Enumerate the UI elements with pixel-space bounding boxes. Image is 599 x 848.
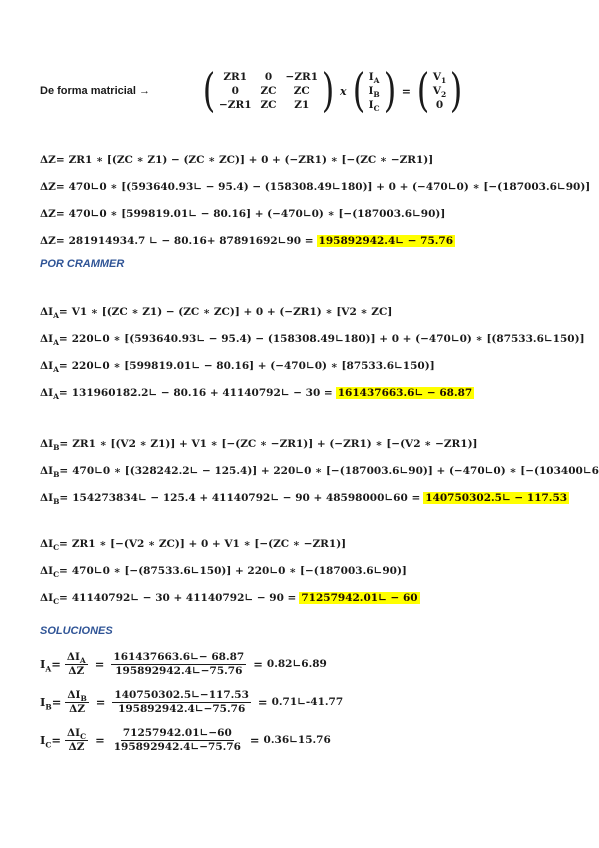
equation-line: ΔZ= ZR1 ∗ [(ZC ∗ Z1) − (ZC ∗ ZC)] + 0 + … (40, 146, 599, 173)
left-paren: ( (417, 71, 430, 110)
multiplication-sign: x (340, 85, 347, 98)
equation-lhs: ΔZ= (40, 235, 65, 247)
section-header-soluciones: SOLUCIONES (40, 621, 599, 641)
equation-body: 131960182.2∟ − 80.16 + 41140792∟ − 30 = (72, 387, 333, 399)
intro-label: De forma matricial → (40, 85, 150, 97)
solution-row-ia: IA= ΔIA ΔZ = 161437663.6∟− 68.87 1958929… (40, 645, 599, 683)
equation-line: ΔZ= 470∟0 ∗ [599819.01∟ − 80.16] + (−470… (40, 200, 599, 227)
solution-lhs: IB= (40, 695, 61, 709)
highlighted-result: 140750302.5∟ − 117.53 (423, 492, 569, 504)
solution-result: 0.71∟-41.77 (272, 696, 344, 708)
matrix-cell: Z1 (286, 98, 319, 112)
equation-body: 281914934.7 ∟ − 80.16+ 87891692∟90 = (69, 235, 314, 247)
vector-cell: V2 (433, 84, 446, 98)
equals-sign: = (402, 85, 411, 98)
equals-sign: = (95, 657, 105, 671)
equation-line: ΔIB= 470∟0 ∗ [(328242.2∟ − 125.4)] + 220… (40, 457, 599, 484)
matrix-cell: ZC (261, 84, 277, 98)
equation-line: ΔIC= 470∟0 ∗ [−(87533.6∟150)] + 220∟0 ∗ … (40, 557, 599, 584)
solution-row-ib: IB= ΔIB ΔZ = 140750302.5∟−117.53 1958929… (40, 683, 599, 721)
numeric-fraction: 140750302.5∟−117.53 195892942.4∟−75.76 (112, 689, 251, 716)
right-paren: ) (450, 71, 463, 110)
equation-line: ΔZ= 470∟0 ∗ [(593640.93∟ − 95.4) − (1583… (40, 173, 599, 200)
equals-sign: = (250, 733, 260, 747)
vector-cell: IA (369, 70, 380, 84)
equation-lhs: ΔIC= (40, 592, 68, 604)
equation-body: ZR1 ∗ [(ZC ∗ Z1) − (ZC ∗ ZC)] + 0 + (−ZR… (69, 154, 434, 166)
equals-sign: = (95, 733, 105, 747)
equation-line: ΔIA= 220∟0 ∗ [599819.01∟ − 80.16] + (−47… (40, 352, 599, 379)
right-paren: ) (322, 71, 335, 110)
equals-sign: = (258, 695, 268, 709)
equation-body: 41140792∟ − 30 + 41140792∟ − 90 = (72, 592, 297, 604)
delta-ib-block: ΔIB= ZR1 ∗ [(V2 ∗ Z1)] + V1 ∗ [−(ZC ∗ −Z… (40, 430, 599, 511)
symbolic-fraction: ΔIB ΔZ (65, 689, 88, 716)
equation-body: 470∟0 ∗ [(593640.93∟ − 95.4) − (158308.4… (69, 181, 591, 193)
solution-lhs: IC= (40, 733, 61, 747)
equation-lhs: ΔIB= (40, 465, 68, 477)
matrix-cell: −ZR1 (286, 70, 319, 84)
matrix-cell: ZR1 (219, 70, 252, 84)
equation-body: ZR1 ∗ [−(V2 ∗ ZC)] + 0 + V1 ∗ [−(ZC ∗ −Z… (72, 538, 346, 550)
equation-line: ΔIA= 220∟0 ∗ [(593640.93∟ − 95.4) − (158… (40, 325, 599, 352)
delta-ia-block: ΔIA= V1 ∗ [(ZC ∗ Z1) − (ZC ∗ ZC)] + 0 + … (40, 298, 599, 406)
vector-cell: 0 (433, 98, 446, 112)
vector-cell: IB (369, 84, 380, 98)
equals-sign: = (96, 695, 106, 709)
equation-lhs: ΔIB= (40, 492, 68, 504)
equation-line: ΔZ= 281914934.7 ∟ − 80.16+ 87891692∟90 =… (40, 227, 599, 254)
equation-lhs: ΔIC= (40, 565, 68, 577)
numeric-fraction: 161437663.6∟− 68.87 195892942.4∟−75.76 (111, 651, 246, 678)
current-vector: ( IA IB IC ) (350, 70, 399, 112)
vector-cell: V1 (433, 70, 446, 84)
equation-body: 470∟0 ∗ [−(87533.6∟150)] + 220∟0 ∗ [−(18… (72, 565, 407, 577)
equation-line: ΔIA= 131960182.2∟ − 80.16 + 41140792∟ − … (40, 379, 599, 406)
left-paren: ( (203, 71, 216, 110)
matrix-cell: ZC (286, 84, 319, 98)
matrix-equation: De forma matricial → ( ZR1 0 −ZR1 0 ZC Z… (40, 62, 599, 120)
delta-z-block: ΔZ= ZR1 ∗ [(ZC ∗ Z1) − (ZC ∗ ZC)] + 0 + … (40, 146, 599, 254)
matrix-cell: 0 (261, 70, 277, 84)
equation-body: 470∟0 ∗ [(328242.2∟ − 125.4)] + 220∟0 ∗ … (72, 465, 599, 477)
highlighted-result: 161437663.6∟ − 68.87 (336, 387, 475, 399)
highlighted-result: 71257942.01∟ − 60 (299, 592, 419, 604)
voltage-vector: ( V1 V2 0 ) (414, 70, 465, 112)
equation-line: ΔIB= 154273834∟ − 125.4 + 41140792∟ − 90… (40, 484, 599, 511)
equation-body: ZR1 ∗ [(V2 ∗ Z1)] + V1 ∗ [−(ZC ∗ −ZR1)] … (72, 438, 477, 450)
coefficient-matrix: ( ZR1 0 −ZR1 0 ZC ZC −ZR1 ZC Z1 ) (200, 70, 337, 112)
highlighted-result: 195892942.4∟ − 75.76 (317, 235, 456, 247)
symbolic-fraction: ΔIA ΔZ (65, 651, 88, 678)
equation-lhs: ΔZ= (40, 154, 65, 166)
solutions-block: IA= ΔIA ΔZ = 161437663.6∟− 68.87 1958929… (40, 645, 599, 759)
solution-lhs: IA= (40, 657, 61, 671)
equation-lhs: ΔZ= (40, 208, 65, 220)
equation-lhs: ΔIA= (40, 387, 68, 399)
equation-lhs: ΔZ= (40, 181, 65, 193)
section-header-crammer: POR CRAMMER (40, 254, 599, 274)
solution-row-ic: IC= ΔIC ΔZ = 71257942.01∟−60 195892942.4… (40, 721, 599, 759)
symbolic-fraction: ΔIC ΔZ (65, 727, 88, 754)
matrix-cell: −ZR1 (219, 98, 252, 112)
delta-ic-block: ΔIC= ZR1 ∗ [−(V2 ∗ ZC)] + 0 + V1 ∗ [−(ZC… (40, 530, 599, 611)
equation-body: V1 ∗ [(ZC ∗ Z1) − (ZC ∗ ZC)] + 0 + (−ZR1… (72, 306, 393, 318)
equation-lhs: ΔIA= (40, 360, 68, 372)
solution-result: 0.82∟6.89 (267, 658, 327, 670)
equation-line: ΔIC= 41140792∟ − 30 + 41140792∟ − 90 = 7… (40, 584, 599, 611)
equation-body: 470∟0 ∗ [599819.01∟ − 80.16] + (−470∟0) … (69, 208, 446, 220)
equation-lhs: ΔIA= (40, 306, 68, 318)
equation-lhs: ΔIA= (40, 333, 68, 345)
equation-body: 154273834∟ − 125.4 + 41140792∟ − 90 + 48… (72, 492, 420, 504)
left-paren: ( (352, 71, 365, 110)
vector-cell: IC (369, 98, 380, 112)
equation-body: 220∟0 ∗ [(593640.93∟ − 95.4) − (158308.4… (72, 333, 585, 345)
equation-line: ΔIA= V1 ∗ [(ZC ∗ Z1) − (ZC ∗ ZC)] + 0 + … (40, 298, 599, 325)
equation-lhs: ΔIB= (40, 438, 68, 450)
equation-line: ΔIB= ZR1 ∗ [(V2 ∗ Z1)] + V1 ∗ [−(ZC ∗ −Z… (40, 430, 599, 457)
right-paren: ) (383, 71, 396, 110)
numeric-fraction: 71257942.01∟−60 195892942.4∟−75.76 (112, 727, 243, 754)
equation-body: 220∟0 ∗ [599819.01∟ − 80.16] + (−470∟0) … (72, 360, 435, 372)
equals-sign: = (253, 657, 263, 671)
matrix-cell: 0 (219, 84, 252, 98)
equation-lhs: ΔIC= (40, 538, 68, 550)
matrix-cell: ZC (261, 98, 277, 112)
solution-result: 0.36∟15.76 (264, 734, 331, 746)
equation-line: ΔIC= ZR1 ∗ [−(V2 ∗ ZC)] + 0 + V1 ∗ [−(ZC… (40, 530, 599, 557)
document-page: De forma matricial → ( ZR1 0 −ZR1 0 ZC Z… (0, 0, 599, 848)
